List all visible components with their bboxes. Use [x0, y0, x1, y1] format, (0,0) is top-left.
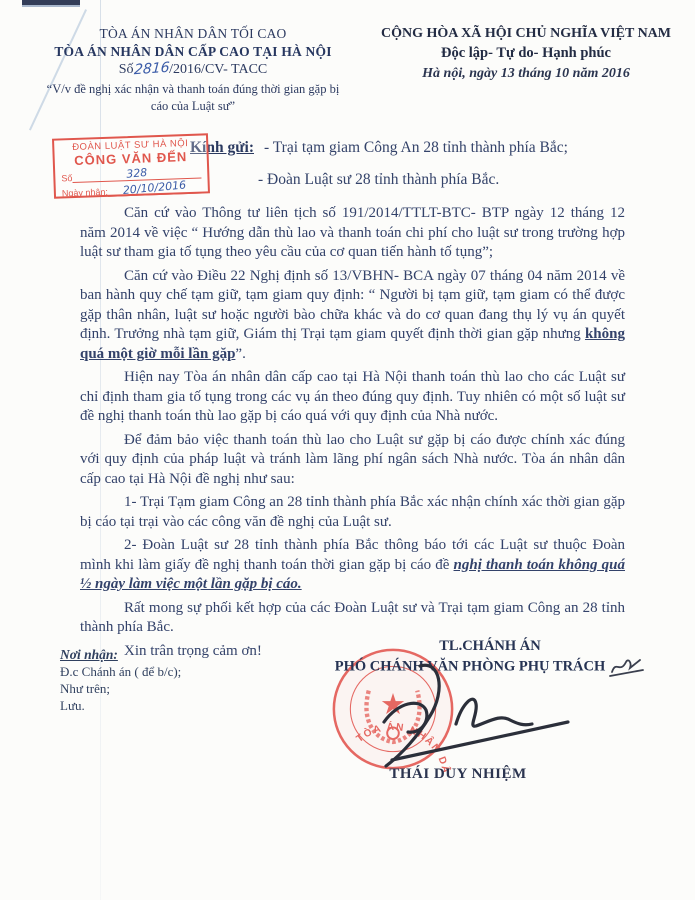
document-number-handwritten: 2816: [133, 60, 170, 79]
paragraph-purpose: Để đảm bảo việc thanh toán thù lao cho L…: [80, 431, 625, 490]
national-motto-block: CỘNG HÒA XÃ HỘI CHỦ NGHĨA VIỆT NAM Độc l…: [366, 26, 686, 115]
distribution-item: Như trên;: [60, 680, 181, 697]
signature-block: TL.CHÁNH ÁN PHÓ CHÁNH VĂN PHÒNG PHỤ TRÁC…: [300, 638, 680, 677]
scanned-document-page: TÒA ÁN NHÂN DÂN TỐI CAO TÒA ÁN NHÂN DÂN …: [0, 0, 695, 900]
distribution-list: Nơi nhận: Đ.c Chánh án ( để b/c); Như tr…: [60, 646, 181, 714]
document-number-line: Số2816/2016/CV- TACC: [28, 61, 358, 78]
distribution-item: Lưu.: [60, 697, 181, 714]
arrival-stamp: ĐOÀN LUẬT SƯ HÀ NỘI CÔNG VĂN ĐẾN Số 328 …: [52, 133, 210, 198]
arrival-stamp-number-handwritten: 328: [126, 166, 148, 181]
paragraph-current-situation: Hiện nay Tòa án nhân dân cấp cao tại Hà …: [80, 368, 625, 427]
national-title: CỘNG HÒA XÃ HỘI CHỦ NGHĨA VIỆT NAM: [366, 26, 686, 42]
initial-flourish-mark: [609, 657, 645, 677]
salutation-block: Kính gửi:- Trại tạm giam Công An 28 tỉnh…: [190, 137, 695, 190]
paragraph-legal-basis-1: Căn cứ vào Thông tư liên tịch số 191/201…: [80, 204, 625, 263]
paragraph-cooperation: Rất mong sự phối kết hợp của các Đoàn Lu…: [80, 599, 625, 638]
handwritten-signature: [362, 660, 574, 772]
place-and-date: Hà nội, ngày 13 tháng 10 năm 2016: [366, 66, 686, 82]
document-number-prefix: Số: [119, 62, 134, 77]
parent-authority-name: TÒA ÁN NHÂN DÂN TỐI CAO: [28, 26, 358, 42]
paragraph-legal-basis-2: Căn cứ vào Điều 22 Nghị định số 13/VBHN-…: [80, 267, 625, 365]
paragraph-request-1: 1- Trại Tạm giam Công an 28 tỉnh thành p…: [80, 493, 625, 532]
national-motto: Độc lập- Tự do- Hạnh phúc: [366, 45, 686, 62]
distribution-item: Đ.c Chánh án ( để b/c);: [60, 663, 181, 680]
issuing-authority-block: TÒA ÁN NHÂN DÂN TỐI CAO TÒA ÁN NHÂN DÂN …: [28, 26, 358, 115]
document-header: TÒA ÁN NHÂN DÂN TỐI CAO TÒA ÁN NHÂN DÂN …: [0, 26, 695, 115]
distribution-list-label: Nơi nhận:: [60, 646, 181, 663]
arrival-stamp-date-label: Ngày nhận:: [62, 187, 108, 199]
document-subject: “V/v đề nghị xác nhận và thanh toán đúng…: [28, 81, 358, 115]
arrival-stamp-date-handwritten: 20/10/2016: [123, 178, 187, 196]
salutation-line-1: Kính gửi:- Trại tạm giam Công An 28 tỉnh…: [190, 137, 695, 158]
paragraphs: Căn cứ vào Thông tư liên tịch số 191/201…: [80, 204, 625, 661]
recipient-1: - Trại tạm giam Công An 28 tỉnh thành ph…: [264, 139, 568, 156]
paragraph-2-text: Căn cứ vào Điều 22 Nghị định số 13/VBHN-…: [80, 268, 625, 343]
recipient-2: - Đoàn Luật sư 28 tỉnh thành phía Bắc.: [258, 169, 695, 190]
document-body: Kính gửi:- Trại tạm giam Công An 28 tỉnh…: [0, 137, 695, 665]
document-number-suffix: /2016/CV- TACC: [169, 62, 267, 77]
paragraph-2-closing: ”.: [235, 346, 245, 362]
scan-artifact-bar-shadow: [22, 5, 80, 7]
arrival-stamp-number-label: Số: [61, 173, 72, 183]
paragraph-request-2: 2- Đoàn Luật sư 28 tỉnh thành phía Bắc t…: [80, 536, 625, 595]
issuing-authority-name: TÒA ÁN NHÂN DÂN CẤP CAO TẠI HÀ NỘI: [28, 44, 358, 60]
signer-name: THÁI DUY NHIỆM: [358, 766, 558, 783]
